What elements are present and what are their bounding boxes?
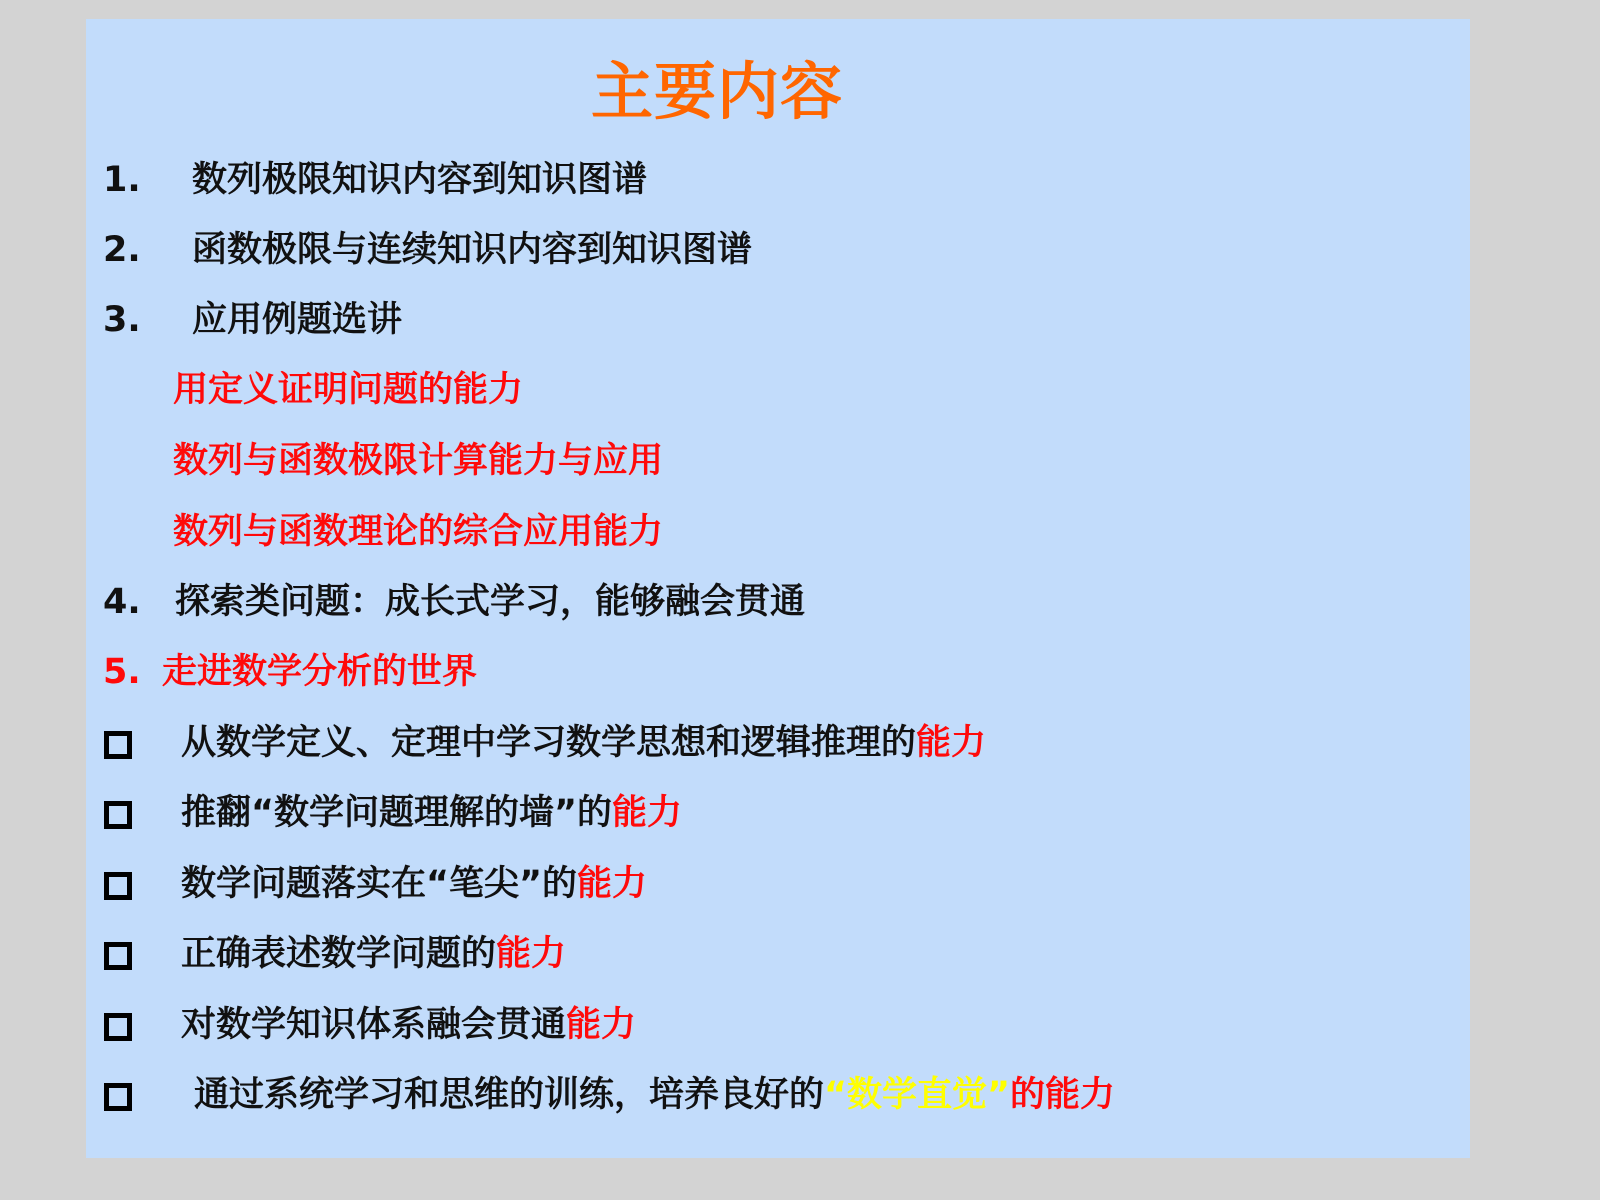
- item-text: 走进数学分析的世界: [162, 650, 477, 694]
- item-number: 5.: [103, 650, 141, 694]
- hollow-square-icon: [104, 801, 132, 829]
- bullet-highlight: 能力: [612, 793, 682, 833]
- item-number: 1.: [103, 158, 141, 202]
- hollow-square-icon: [104, 1083, 132, 1111]
- item-text: 探索类问题：成长式学习，能够融会贯通: [175, 580, 805, 624]
- bullet-highlight: 的能力: [1010, 1075, 1115, 1115]
- bullet-text: 数学问题落实在“笔尖”的: [181, 864, 577, 904]
- item-number: 3.: [103, 298, 141, 342]
- sub-item-2: 数列与函数极限计算能力与应用: [173, 439, 663, 483]
- bullet-text: 推翻“数学问题理解的墙”的: [181, 793, 612, 833]
- bullet-highlight: 能力: [916, 723, 986, 763]
- bullet-highlight: 能力: [577, 864, 647, 904]
- sub-item-1: 用定义证明问题的能力: [173, 368, 523, 412]
- bullet-highlight: 能力: [566, 1005, 636, 1045]
- bullet-highlight: 能力: [496, 934, 566, 974]
- bullet-text: 对数学知识体系融会贯通: [181, 1005, 566, 1045]
- bullet-text: 从数学定义、定理中学习数学思想和逻辑推理的: [181, 723, 916, 763]
- item-number: 2.: [103, 228, 141, 272]
- hollow-square-icon: [104, 872, 132, 900]
- bullet-text: 正确表述数学问题的: [181, 934, 496, 974]
- sub-item-3: 数列与函数理论的综合应用能力: [173, 510, 663, 554]
- hollow-square-icon: [104, 942, 132, 970]
- bullet-text: 通过系统学习和思维的训练，培养良好的: [194, 1075, 824, 1115]
- item-text: 函数极限与连续知识内容到知识图谱: [192, 228, 752, 272]
- hollow-square-icon: [104, 731, 132, 759]
- item-text: 数列极限知识内容到知识图谱: [192, 158, 647, 202]
- item-text: 应用例题选讲: [192, 298, 402, 342]
- slide-title: 主要内容: [86, 57, 1348, 127]
- hollow-square-icon: [104, 1013, 132, 1041]
- slide: 主要内容 1. 数列极限知识内容到知识图谱 2. 函数极限与连续知识内容到知识图…: [86, 19, 1470, 1158]
- item-number: 4.: [103, 580, 141, 624]
- bullet-yellow-highlight: “数学直觉”: [824, 1075, 1010, 1115]
